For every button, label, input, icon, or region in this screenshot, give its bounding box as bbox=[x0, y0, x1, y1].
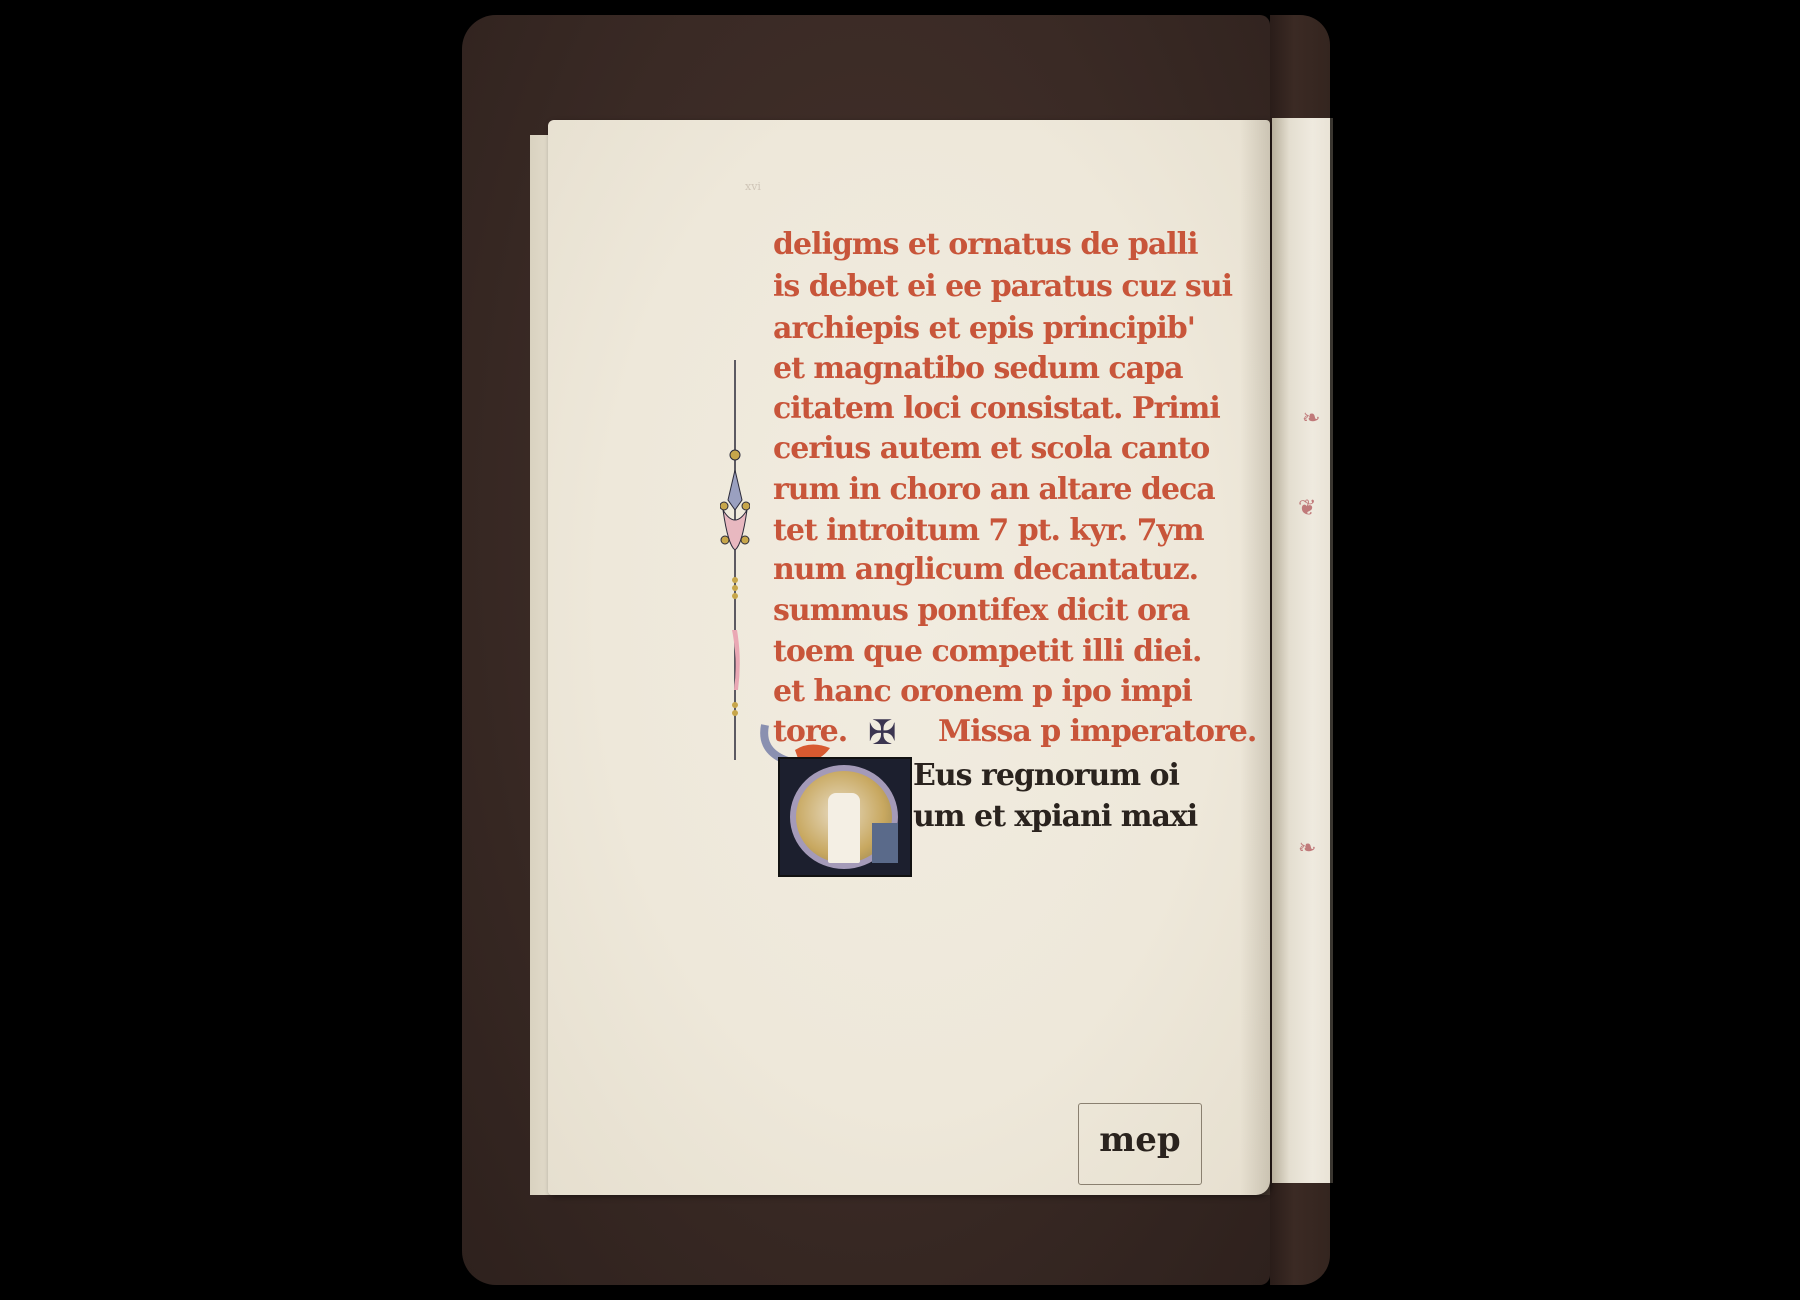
rubric-line: et magnatibo sedum capa bbox=[773, 352, 1183, 386]
gutter-shadow bbox=[1240, 120, 1270, 1195]
rubric-line: tore. bbox=[773, 715, 847, 749]
cross-pattee-icon: ✠ bbox=[868, 716, 897, 750]
rubric-line: archiepis et epis principib' bbox=[773, 312, 1195, 346]
historiated-initial-d bbox=[778, 757, 912, 877]
rubric-line: et hanc oronem p ipo impi bbox=[773, 675, 1192, 709]
facing-page-edge: ❧ ❦ ❧ bbox=[1272, 118, 1333, 1183]
rubric-line: cerius autem et scola canto bbox=[773, 432, 1209, 466]
rubric-line: num anglicum decantatuz. bbox=[773, 553, 1198, 587]
mass-title-rubric: Missa p imperatore. bbox=[938, 715, 1256, 749]
text-line: Eus regnorum oi bbox=[913, 759, 1179, 793]
rubric-line: is debet ei ee paratus cuz sui bbox=[773, 270, 1232, 304]
cleric-figure bbox=[828, 793, 860, 863]
rubric-line: rum in choro an altare deca bbox=[773, 473, 1215, 507]
folio-number: xvi bbox=[745, 180, 761, 193]
facing-page-flourish-icon: ❧ bbox=[1298, 838, 1316, 860]
rubric-line: toem que competit illi diei. bbox=[773, 635, 1201, 669]
marginal-border-decoration-icon bbox=[720, 360, 750, 760]
catchword: mep bbox=[1079, 1120, 1201, 1160]
altar bbox=[872, 823, 898, 863]
rubric-line: deligms et ornatus de palli bbox=[773, 228, 1197, 262]
rubric-line: citatem loci consistat. Primi bbox=[773, 392, 1220, 426]
facing-page-flourish-icon: ❦ bbox=[1298, 498, 1316, 520]
catchword-frame: mep bbox=[1078, 1103, 1202, 1185]
facing-page-flourish-icon: ❧ bbox=[1302, 408, 1320, 430]
rubric-line: summus pontifex dicit ora bbox=[773, 594, 1189, 628]
text-line: um et xpiani maxi bbox=[913, 800, 1197, 834]
initial-letter-bowl bbox=[790, 765, 898, 869]
rubric-line: tet introitum 7 pt. kyr. 7ym bbox=[773, 514, 1204, 548]
